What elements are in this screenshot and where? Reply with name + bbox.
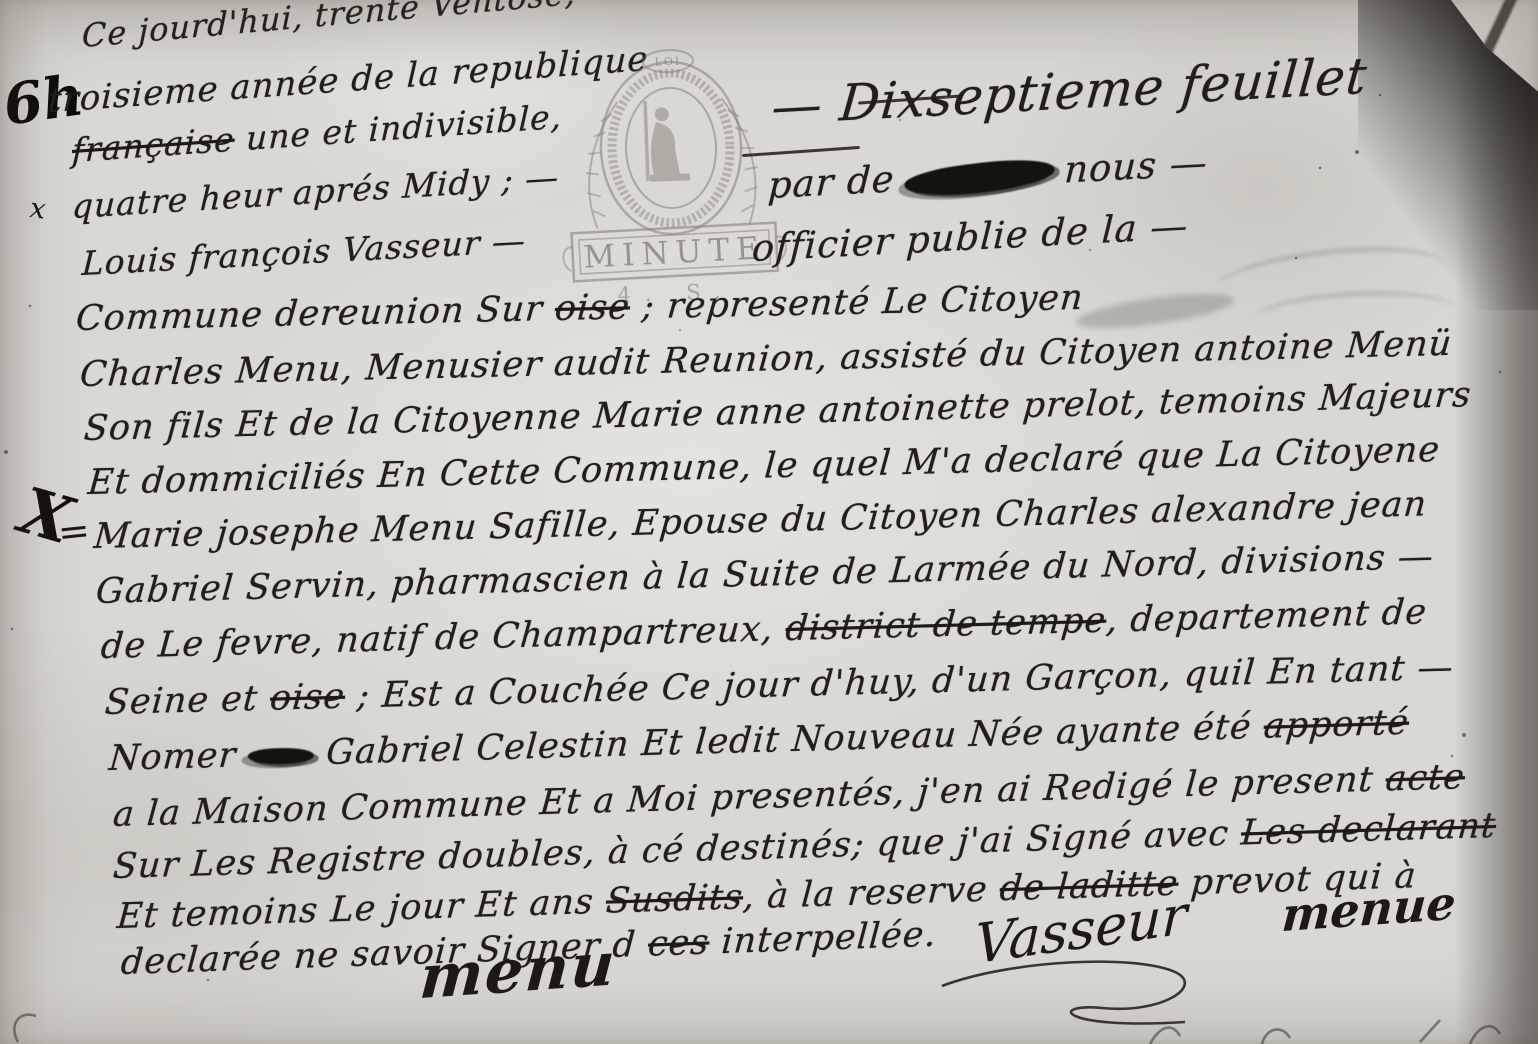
line-segment: interpellée. [708, 914, 938, 962]
bottom-edge-strokes [0, 1002, 1538, 1044]
line-segment: , à la reserve [742, 869, 1002, 917]
manuscript-page: 6h x X = Ce jourd'hui, trente Ventose, t… [0, 0, 1538, 1044]
stamp-seated-figure [643, 99, 690, 181]
margin-mark-x-small: x [29, 194, 48, 223]
line-segment: Nomer [107, 735, 237, 779]
opening-line-5: Louis françois Vasseur — [81, 224, 527, 280]
ink-blot [904, 153, 1054, 201]
line-segment: Commune dereunion Sur [74, 289, 556, 339]
line-segment: ; representé Le Citoyen [628, 278, 1085, 328]
struck-phrase: district de tempe [784, 601, 1108, 649]
line-segment: nous — [1063, 141, 1209, 192]
heading-line-3: officier publie de la — [751, 207, 1189, 267]
struck-word: oise [553, 287, 631, 329]
opening-line-4: quatre heur aprés Midy ; — [71, 160, 560, 223]
signature-witness: menue [1280, 880, 1457, 938]
line-segment: par de [767, 157, 896, 207]
stamp-motto: LOI [654, 55, 681, 69]
opening-line-1: Ce jourd'hui, trente Ventose, [82, 0, 576, 52]
line-segment: , departement de [1105, 592, 1429, 640]
struck-word: Susdits [605, 877, 745, 921]
struck-word: ces [647, 922, 711, 964]
folio-heading: — Dixseptieme feuillet [770, 51, 1370, 132]
line-segment: Seine et [103, 679, 271, 723]
signature-declarant: menu [418, 934, 619, 1008]
heading-line-2: par denous — [767, 144, 1209, 204]
struck-word: oise [269, 677, 347, 719]
body-line-1: Commune dereunion Sur oise ; representé … [75, 281, 1085, 337]
line-segment: Gabriel Celestin Et ledit Nouveau Née ay… [325, 707, 1266, 773]
struck-word: apporté [1262, 703, 1410, 747]
stamp-banner-text: MINUTE [583, 230, 767, 276]
margin-mark-equals: = [56, 511, 92, 552]
revenue-stamp: LOI MINUTE 4. S. [547, 40, 796, 314]
struck-word: française [71, 120, 235, 171]
ink-ghost [1074, 287, 1236, 335]
line-segment: de Le fevre, natif de Champartreux, [99, 609, 787, 667]
line-segment: une et indivisible, [234, 97, 563, 159]
ink-blot [248, 747, 315, 765]
